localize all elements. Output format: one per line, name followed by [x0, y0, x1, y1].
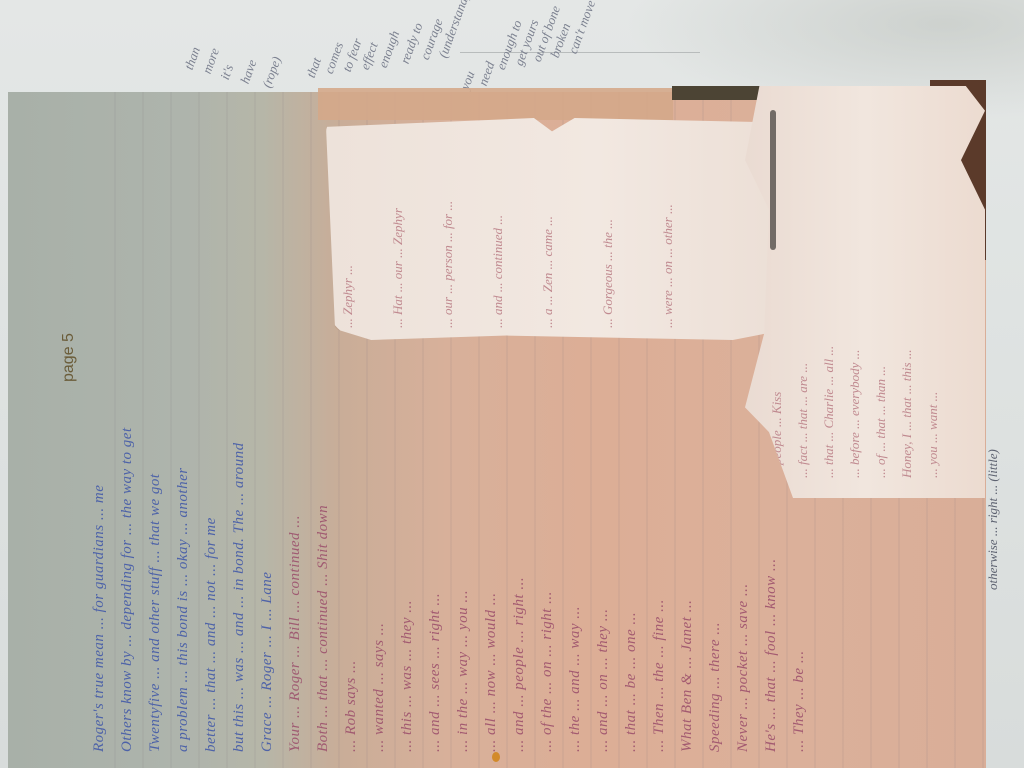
handwritten-line: He's ... that ... fool ... know ...: [763, 558, 780, 752]
handwritten-line: ... all ... now ... would ...: [483, 592, 500, 752]
handwritten-line: Twentyfive ... and other stuff ... that …: [147, 473, 164, 752]
handwritten-line: What Ben & ... Janet ...: [679, 600, 696, 752]
torn-piece-text-line: ... were ... on ... other ...: [660, 204, 676, 328]
pencil-note: it's: [217, 62, 237, 82]
pencil-note: enough: [375, 29, 403, 70]
torn-paper-piece-left: ... Zephyr ... ... Hat ... our ... Zephy…: [326, 118, 778, 340]
handwritten-line: ... wanted ... says ...: [371, 623, 388, 752]
torn-piece-text-line: ... Zephyr ...: [340, 265, 356, 328]
torn-piece-text-line: ... that ... Charlie ... all ...: [821, 346, 837, 478]
torn-piece-text-line: ... before ... everybody ...: [847, 350, 863, 478]
torn-piece-text-line: ... Hat ... our ... Zephyr: [390, 208, 406, 328]
pencil-note: have: [237, 57, 260, 86]
handwritten-line: a problem ... this bond is ... okay ... …: [175, 467, 192, 752]
handwritten-line: ... of the ... on ... right ...: [539, 591, 556, 752]
torn-piece-text-line: ... of ... that ... than ...: [873, 366, 889, 478]
handwritten-line: Roger's true mean ... for guardians ... …: [91, 485, 108, 752]
handwritten-line: ... Then ... the ... fine ...: [651, 599, 668, 752]
handwritten-line: but this ... was ... and ... in bond. Th…: [231, 442, 248, 752]
tape-strip: [318, 88, 673, 120]
handwritten-line: ... this ... was ... they ...: [399, 600, 416, 752]
torn-piece-text-line: ... and ... continued ...: [490, 215, 506, 328]
handwritten-line: ... that ... be ... one ...: [623, 612, 640, 752]
torn-piece-text-line: Honey, I ... that ... this ...: [899, 349, 915, 478]
handwritten-line: ... Rob says ...: [343, 660, 360, 752]
handwritten-line: Speeding ... there ...: [707, 622, 724, 752]
torn-paper-piece-right: ... people ... Kiss ... fact ... that ..…: [745, 86, 985, 498]
handwritten-line: better ... that ... and ... not ... for …: [203, 517, 220, 752]
handwritten-line: Others know by ... depending for ... the…: [119, 427, 136, 752]
torn-piece-text-line: ... Gorgeous ... the ...: [600, 219, 616, 328]
handwritten-line: ... and ... on ... they ...: [595, 609, 612, 752]
dark-gap-shadow: [672, 86, 762, 100]
torn-piece-text-line: ... a ... Zen ... came ...: [540, 216, 556, 328]
tear-edge-shadow: [770, 110, 776, 250]
handwritten-line: ... They ... be ...: [791, 650, 808, 752]
handwritten-line: Both ... that ... continued ... Shit dow…: [315, 505, 332, 752]
torn-piece-text-line: ... you ... want ...: [925, 392, 941, 478]
handwritten-line: ... and ... people ... right ...: [511, 577, 528, 752]
handwritten-line: ... the ... and ... way ...: [567, 606, 584, 752]
orange-spot: [492, 752, 500, 762]
pencil-note-side: otherwise ... right ... (little): [985, 449, 1001, 590]
torn-piece-text-line: ... fact ... that ... are ...: [795, 363, 811, 478]
handwritten-line: ... in the ... way ... you ...: [455, 590, 472, 752]
handwritten-line: ... and ... sees ... right ...: [427, 593, 444, 752]
handwritten-line: Grace ... Roger ... I ... Lane: [259, 572, 276, 752]
handwritten-line: Your ... Roger ... Bill ... continued ..…: [287, 515, 304, 752]
torn-piece-text-line: ... our ... person ... for ...: [440, 201, 456, 328]
handwritten-line: Never ... pocket ... save ...: [735, 583, 752, 752]
pencil-note: (rope): [259, 54, 285, 90]
page-number-label: page 5: [60, 333, 78, 382]
